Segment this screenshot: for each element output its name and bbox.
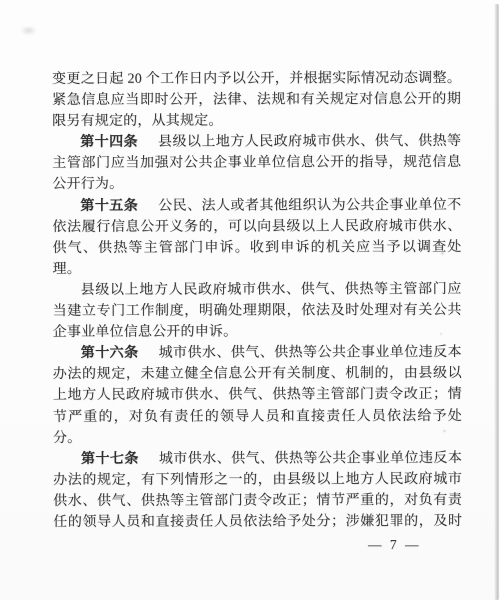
document-page: 变更之日起 20 个工作日内予以公开，并根据实际情况动态调整。 紧急信息应当即时…: [0, 0, 500, 600]
article-text: 城市供水、供气、供热等公共企事业单位违反本: [159, 345, 462, 361]
text-line: 办法的规定，未建立健全信息公开有关制度、机制的，由县级以: [53, 363, 462, 385]
text-line: 分。: [53, 427, 462, 449]
text-line: 企事业单位信息公开的申诉。: [53, 321, 462, 343]
text-line: 理。: [52, 258, 461, 280]
text-line: 节严重的，对负有责任的领导人员和直接责任人员依法给予处: [53, 405, 462, 427]
article-text: 城市供水、供气、供热等公共企事业单位违反本: [159, 451, 462, 467]
scan-smudge: [20, 26, 37, 35]
page-number: — 7 —: [368, 537, 421, 553]
text-line: 供水、供气、供热等主管部门责令改正；情节严重的，对负有责: [53, 490, 462, 512]
text-line-article-15: 第十五条公民、法人或者其他组织认为公共企事业单位不: [52, 194, 461, 216]
text-line: 办法的规定，有下列情形之一的，由县级以上地方人民政府城市: [53, 469, 462, 491]
article-number: 第十五条: [80, 198, 138, 213]
text-line: 依法履行信息公开义务的，可以向县级以上人民政府城市供水、: [52, 216, 461, 238]
article-number: 第十六条: [81, 346, 139, 361]
text-line: 当建立专门工作制度，明确处理期限，依法及时处理对有关公共: [53, 300, 462, 322]
article-number: 第十四条: [80, 135, 138, 150]
text-line-article-14: 第十四条县级以上地方人民政府城市供水、供气、供热等: [52, 131, 461, 153]
scan-edge-shadow: [494, 4, 499, 600]
text-line: 公开行为。: [52, 173, 461, 195]
text-line-article-16: 第十六条城市供水、供气、供热等公共企事业单位违反本: [53, 342, 462, 364]
article-text: 公民、法人或者其他组织认为公共企事业单位不: [158, 197, 461, 213]
text-line: 上地方人民政府城市供水、供气、供热等主管部门责令改正；情: [53, 384, 462, 406]
text-line: 紧急信息应当即时公开，法律、法规和有关规定对信息公开的期: [52, 89, 461, 111]
text-line: 限另有规定的，从其规定。: [52, 110, 461, 132]
text-line: 县级以上地方人民政府城市供水、供气、供热等主管部门应: [53, 279, 462, 301]
text-line: 变更之日起 20 个工作日内予以公开，并根据实际情况动态调整。: [52, 68, 461, 90]
text-line-article-17: 第十七条城市供水、供气、供热等公共企事业单位违反本: [53, 448, 462, 470]
text-line: 任的领导人员和直接责任人员依法给予处分；涉嫌犯罪的，及时: [53, 511, 462, 533]
article-number: 第十七条: [81, 451, 139, 466]
text-line: 主管部门应当加强对公共企事业单位信息公开的指导，规范信息: [52, 152, 461, 174]
document-text-block: 变更之日起 20 个工作日内予以公开，并根据实际情况动态调整。 紧急信息应当即时…: [52, 68, 462, 533]
text-line: 供气、供热等主管部门申诉。收到申诉的机关应当予以调查处: [52, 237, 461, 259]
article-text: 县级以上地方人民政府城市供水、供气、供热等: [158, 134, 461, 150]
